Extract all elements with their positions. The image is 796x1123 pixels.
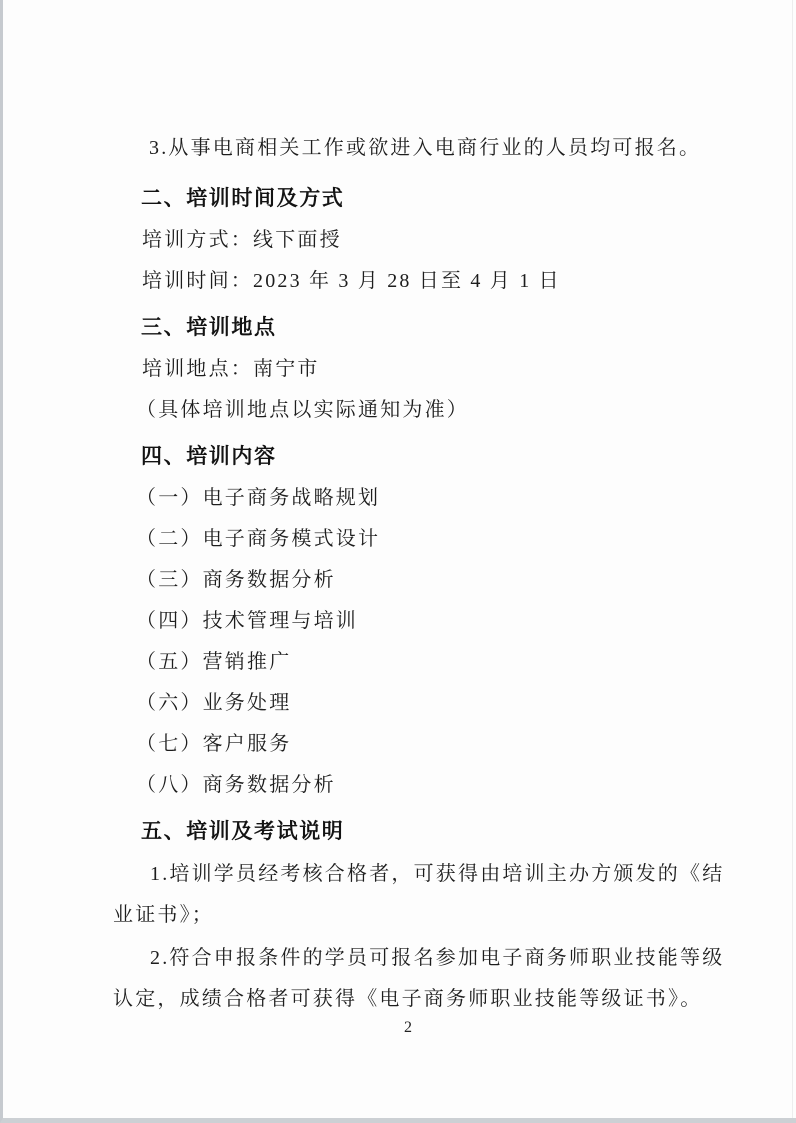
section-heading: 五、培训及考试说明	[141, 811, 703, 852]
list-item: （二）电子商务模式设计	[136, 519, 703, 560]
paragraph-line: 2.符合申报条件的学员可报名参加电子商务师职业技能等级	[113, 938, 703, 979]
list-item: （七）客户服务	[136, 724, 703, 765]
list-item: （六）业务处理	[136, 683, 703, 724]
section-heading: 四、培训内容	[141, 436, 703, 477]
paragraph-line: 认定，成绩合格者可获得《电子商务师职业技能等级证书》。	[113, 979, 703, 1020]
section-heading: 二、培训时间及方式	[141, 178, 703, 219]
body-line: 培训时间：2023 年 3 月 28 日至 4 月 1 日	[142, 261, 703, 302]
list-item: （一）电子商务战略规划	[136, 478, 703, 519]
note-line: （具体培训地点以实际通知为准）	[136, 390, 703, 431]
page-number: 2	[113, 1019, 703, 1037]
paragraph-line: 1.培训学员经考核合格者，可获得由培训主办方颁发的《结	[113, 854, 703, 895]
paragraph-line: 3.从事电商相关工作或欲进入电商行业的人员均可报名。	[113, 128, 703, 169]
page-content: 3.从事电商相关工作或欲进入电商行业的人员均可报名。二、培训时间及方式培训方式：…	[113, 128, 703, 1020]
list-item: （三）商务数据分析	[136, 560, 703, 601]
body-line: 培训地点：南宁市	[142, 349, 703, 390]
section-heading: 三、培训地点	[141, 307, 703, 348]
body-line: 培训方式：线下面授	[142, 220, 703, 261]
scanned-page: 3.从事电商相关工作或欲进入电商行业的人员均可报名。二、培训时间及方式培训方式：…	[0, 0, 796, 1123]
paragraph-line: 业证书》；	[113, 895, 703, 936]
list-item: （五）营销推广	[136, 642, 703, 683]
list-item: （八）商务数据分析	[136, 765, 703, 806]
list-item: （四）技术管理与培训	[136, 601, 703, 642]
